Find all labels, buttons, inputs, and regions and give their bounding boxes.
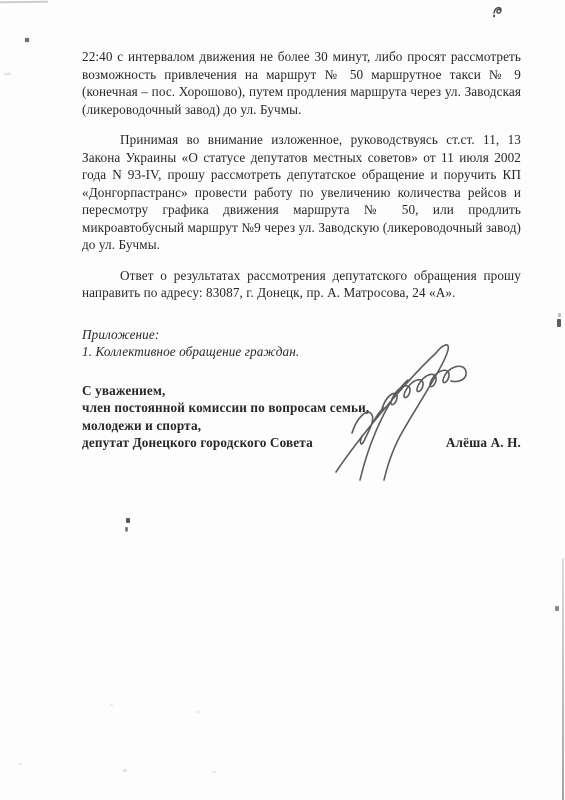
closing-line-youth-sport: молодежи и спорта, [82, 417, 521, 435]
scanned-letter-page: 22:40 с интервалом движения не более 30 … [0, 0, 565, 800]
closing-row: депутат Донецкого городского Совета Алёш… [82, 434, 521, 452]
scan-speck [110, 704, 113, 706]
scan-smudge-icon [490, 4, 505, 19]
attachment-section: Приложение: 1. Коллективное обращение гр… [82, 326, 521, 361]
closing-line-commission: член постоянной комиссии по вопросам сем… [82, 399, 521, 417]
scan-speck [125, 527, 128, 532]
scan-speck [557, 319, 561, 327]
scan-speck [126, 518, 130, 523]
scan-speck [4, 73, 11, 76]
scan-edge-mark [0, 1, 48, 4]
closing-line-deputy: депутат Донецкого городского Совета [82, 434, 313, 452]
scan-speck [212, 771, 216, 773]
signer-name: Алёша А. Н. [446, 434, 521, 452]
closing-line-regards: С уважением, [82, 382, 521, 400]
scan-speck [19, 763, 22, 765]
scan-speck [558, 313, 561, 317]
closing-block: С уважением, член постоянной комиссии по… [82, 382, 521, 452]
scan-speck [196, 711, 199, 713]
body-paragraph-continuation: 22:40 с интервалом движения не более 30 … [82, 48, 521, 118]
scan-speck [123, 769, 127, 772]
body-paragraph-legal-request: Принимая во внимание изложенное, руковод… [82, 131, 521, 254]
scan-speck [25, 38, 29, 42]
attachment-item: 1. Коллективное обращение граждан. [82, 343, 521, 361]
scan-edge-line [562, 558, 564, 800]
body-paragraph-reply-address: Ответ о результатах рассмотрения депутат… [82, 267, 521, 302]
letter-body: 22:40 с интервалом движения не более 30 … [82, 48, 521, 452]
attachment-heading: Приложение: [82, 326, 521, 344]
scan-speck [555, 606, 559, 611]
